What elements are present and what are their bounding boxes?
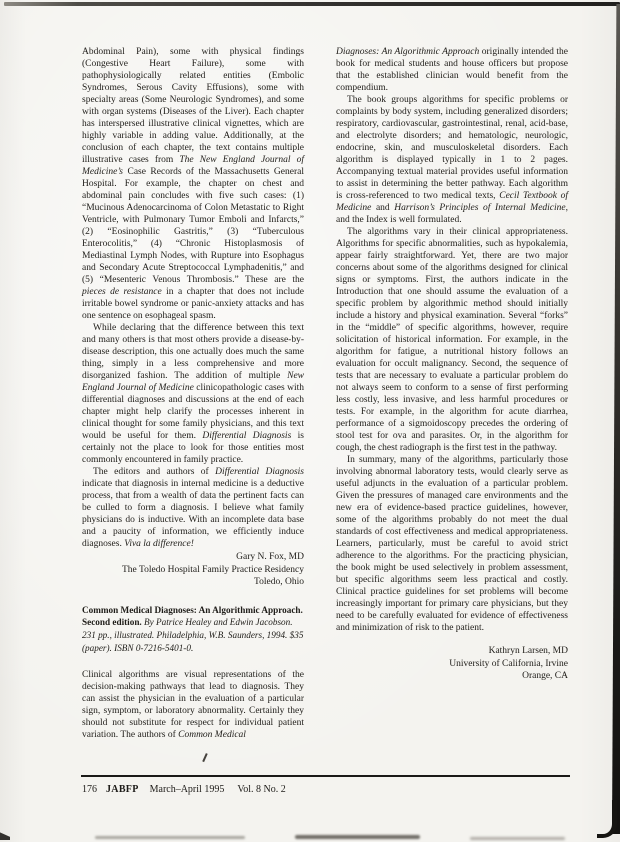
page-number: 176 bbox=[82, 784, 97, 795]
scan-mark-bottom-left bbox=[0, 831, 10, 840]
reviewer-signature-larsen: Kathryn Larsen, MD University of Califor… bbox=[336, 645, 568, 683]
paragraph-while-declaring: While declaring that the difference betw… bbox=[82, 322, 304, 466]
paragraph-book-groups: The book groups algorithms for specific … bbox=[336, 94, 568, 226]
scan-smudge bbox=[470, 837, 565, 840]
volume-number: Vol. 8 No. 2 bbox=[237, 784, 285, 795]
reviewer-name: Gary N. Fox, MD bbox=[82, 551, 304, 564]
scanned-journal-page: Abdominal Pain), some with physical find… bbox=[0, 0, 620, 842]
reviewer-affiliation: The Toledo Hospital Family Practice Resi… bbox=[82, 564, 304, 577]
paragraph-clinical-algorithms: Clinical algorithms are visual represent… bbox=[82, 669, 304, 741]
issue-date: March–April 1995 bbox=[150, 784, 225, 795]
reviewer-location: Toledo, Ohio bbox=[82, 576, 304, 589]
paragraph-in-summary: In summary, many of the algorithms, part… bbox=[336, 454, 568, 634]
reviewer-affiliation: University of California, Irvine bbox=[336, 658, 568, 671]
scan-edge-bottom-right-hook bbox=[597, 800, 617, 838]
left-column: Abdominal Pain), some with physical find… bbox=[82, 46, 304, 741]
reviewer-name: Kathryn Larsen, MD bbox=[336, 645, 568, 658]
page-footer: 176 JABFP March–April 1995 Vol. 8 No. 2 bbox=[82, 784, 286, 795]
journal-abbreviation: JABFP bbox=[106, 784, 139, 795]
right-column: Diagnoses: An Algorithmic Approach origi… bbox=[336, 46, 568, 683]
scan-mark-slash bbox=[202, 753, 207, 762]
scan-smudge bbox=[295, 835, 420, 839]
reviewer-location: Orange, CA bbox=[336, 670, 568, 683]
scan-edge-right bbox=[612, 4, 620, 834]
paragraph-algorithms-vary: The algorithms vary in their clinical ap… bbox=[336, 226, 568, 454]
scan-edge-top bbox=[4, 2, 620, 6]
reviewer-signature-fox: Gary N. Fox, MD The Toledo Hospital Fami… bbox=[82, 551, 304, 589]
book-citation-heading: Common Medical Diagnoses: An Algorithmic… bbox=[82, 604, 304, 655]
paragraph-editors-authors: The editors and authors of Differential … bbox=[82, 466, 304, 550]
scan-smudge bbox=[95, 836, 245, 839]
footer-rule bbox=[81, 775, 570, 777]
paragraph-diagnoses-continuation: Diagnoses: An Algorithmic Approach origi… bbox=[336, 46, 568, 94]
paragraph-continuation: Abdominal Pain), some with physical find… bbox=[82, 46, 304, 322]
